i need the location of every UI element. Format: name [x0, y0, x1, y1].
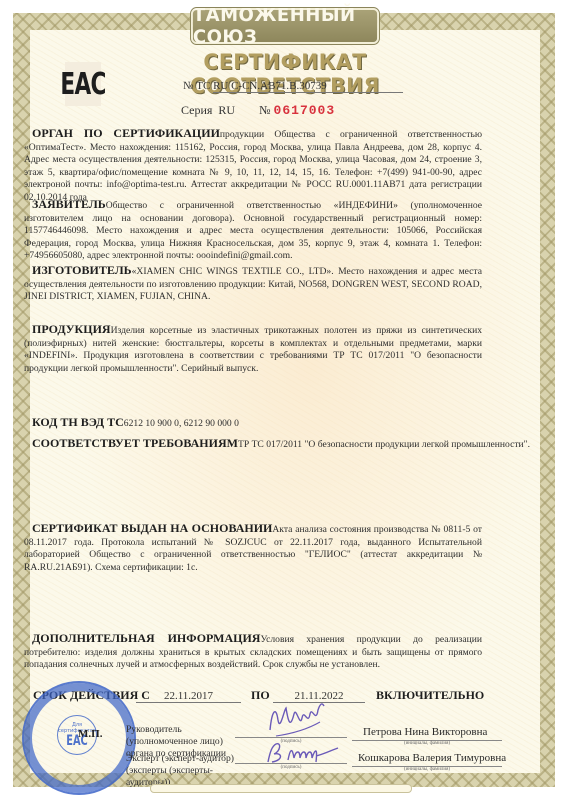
number-value: RU C-CN.АВ71.В.30739	[213, 80, 403, 93]
head-name-caption: (инициалы, фамилия)	[352, 741, 502, 746]
section-applicant: ЗАЯВИТЕЛЬОбщество с ограниченной ответст…	[24, 198, 482, 263]
section-label: ИЗГОТОВИТЕЛЬ	[32, 263, 132, 277]
serial-number: 0617003	[274, 103, 336, 118]
expert-signature	[262, 740, 342, 768]
section-basis: СЕРТИФИКАТ ВЫДАН НА ОСНОВАНИИАкта анализ…	[24, 522, 482, 574]
series-value: RU	[218, 103, 235, 117]
customs-union-badge: ТАМОЖЕННЫЙ СОЮЗ	[191, 8, 379, 44]
section-label: ОРГАН ПО СЕРТИФИКАЦИИ	[32, 126, 220, 140]
eac-logo-icon: EAC	[65, 62, 101, 106]
section-label: СООТВЕТСТВУЕТ ТРЕБОВАНИЯМ	[32, 436, 238, 450]
section-certification-body: ОРГАН ПО СЕРТИФИКАЦИИпродукции Общества …	[24, 127, 482, 205]
section-hs-code: КОД ТН ВЭД ТС6212 10 900 0, 6212 90 000 …	[32, 415, 239, 430]
section-manufacturer: ИЗГОТОВИТЕЛЬ«XIAMEN CHIC WINGS TEXTILE C…	[24, 264, 482, 304]
validity-from-date: 22.11.2017	[136, 690, 241, 703]
section-text: 6212 10 900 0, 6212 90 000 0	[124, 418, 239, 429]
number-label: № ТС	[183, 80, 210, 92]
section-text: продукции Общества с ограниченной ответс…	[24, 129, 482, 203]
section-label: КОД ТН ВЭД ТС	[32, 415, 124, 429]
form-imprint-strip	[150, 784, 412, 793]
section-label: ЗАЯВИТЕЛЬ	[32, 197, 106, 211]
expert-name: Кошкарова Валерия Тимуровна	[358, 752, 506, 764]
head-name: Петрова Нина Викторовна	[363, 726, 487, 738]
expert-name-caption: (инициалы, фамилия)	[352, 767, 502, 772]
series-line: Серия RU № 0617003	[181, 103, 335, 118]
series-label: Серия	[181, 103, 212, 117]
section-text: ТР ТС 017/2011 "О безопасности продукции…	[238, 439, 530, 450]
certificate-number: № ТС RU C-CN.АВ71.В.30739	[183, 80, 403, 93]
section-label: ПРОДУКЦИЯ	[32, 322, 111, 336]
section-label: ДОПОЛНИТЕЛЬНАЯ ИНФОРМАЦИЯ	[32, 631, 260, 645]
section-conforms: СООТВЕТСТВУЕТ ТРЕБОВАНИЯМТР ТС 017/2011 …	[32, 436, 530, 451]
validity-suffix: ВКЛЮЧИТЕЛЬНО	[376, 688, 484, 703]
serial-label: №	[259, 103, 270, 117]
section-product: ПРОДУКЦИЯИзделия корсетные из эластичных…	[24, 323, 482, 375]
seal-label: М.П.	[78, 728, 102, 740]
section-additional-info: ДОПОЛНИТЕЛЬНАЯ ИНФОРМАЦИЯУсловия хранени…	[24, 632, 482, 672]
section-label: СЕРТИФИКАТ ВЫДАН НА ОСНОВАНИИ	[32, 521, 272, 535]
head-signature	[262, 700, 337, 742]
